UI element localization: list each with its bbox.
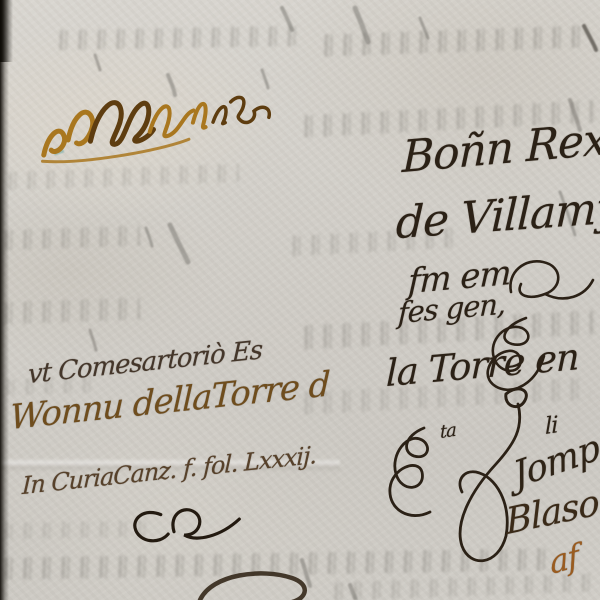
page-edge-shadow-top [0,0,13,62]
manuscript-page: Boñn Rex de Villamy fm em fes gen, la To… [0,0,600,600]
rubric-signature-flourish [36,84,272,166]
ink-fragment-af: af [548,536,581,582]
et-ligature-flourish-lower [390,428,430,516]
ink-word-ta: ta [440,420,456,443]
page-edge-shadow [0,0,9,600]
em-loop-flourish [510,261,593,298]
ink-word-li: li [545,412,558,440]
co-scrawl-flourish [134,506,240,542]
bottom-loop-flourish [200,573,305,600]
